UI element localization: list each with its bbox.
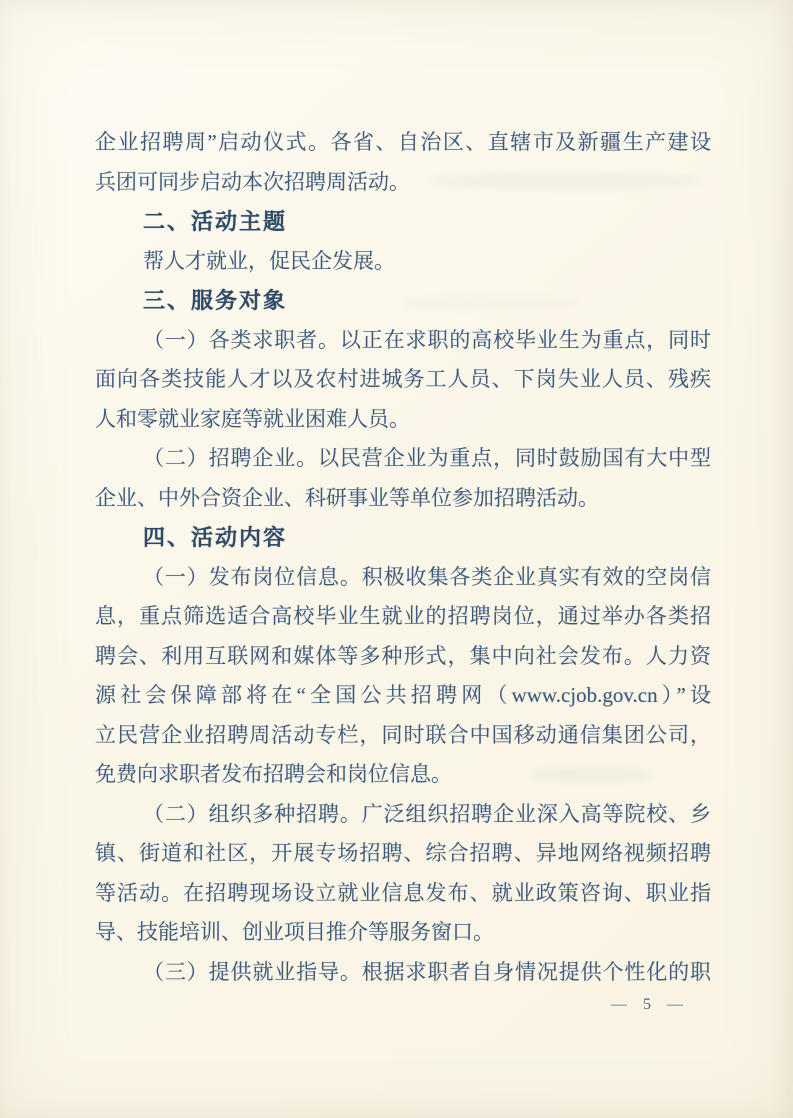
text-line: 企业招聘周”启动仪式。各省、自治区、直辖市及新疆生产建设 <box>95 123 711 163</box>
text-line: 息，重点筛选适合高校毕业生就业的招聘岗位，通过举办各类招 <box>95 597 711 637</box>
text-line: 等活动。在招聘现场设立就业信息发布、就业政策咨询、职业指 <box>95 874 711 914</box>
text-line: 帮人才就业，促民企发展。 <box>95 242 711 282</box>
heading-service-targets: 三、服务对象 <box>95 281 711 321</box>
document-page: 企业招聘周”启动仪式。各省、自治区、直辖市及新疆生产建设 兵团可同步启动本次招聘… <box>0 0 793 1118</box>
heading-activity-theme: 二、活动主题 <box>95 202 711 242</box>
text-line: 人和零就业家庭等就业困难人员。 <box>95 400 711 440</box>
text-line: （二）招聘企业。以民营企业为重点，同时鼓励国有大中型 <box>95 439 711 479</box>
text-line: 面向各类技能人才以及农村进城务工人员、下岗失业人员、残疾 <box>95 360 711 400</box>
text-line: 免费向求职者发布招聘会和岗位信息。 <box>95 755 711 795</box>
document-text-block: 企业招聘周”启动仪式。各省、自治区、直辖市及新疆生产建设 兵团可同步启动本次招聘… <box>95 123 711 992</box>
text-line: （二）组织多种招聘。广泛组织招聘企业深入高等院校、乡 <box>95 795 711 835</box>
text-line: 源社会保障部将在“全国公共招聘网（www.cjob.gov.cn）”设 <box>95 676 711 716</box>
text-line: 导、技能培训、创业项目推介等服务窗口。 <box>95 913 711 953</box>
text-line: （三）提供就业指导。根据求职者自身情况提供个性化的职 <box>95 953 711 993</box>
heading-activity-content: 四、活动内容 <box>95 518 711 558</box>
text-line: 镇、街道和社区，开展专场招聘、综合招聘、异地网络视频招聘 <box>95 834 711 874</box>
text-line: （一）发布岗位信息。积极收集各类企业真实有效的空岗信 <box>95 558 711 598</box>
text-line: （一）各类求职者。以正在求职的高校毕业生为重点，同时 <box>95 321 711 361</box>
page-number: — 5 — <box>600 996 700 1014</box>
text-line: 聘会、利用互联网和媒体等多种形式，集中向社会发布。人力资 <box>95 637 711 677</box>
text-line: 企业、中外合资企业、科研事业等单位参加招聘活动。 <box>95 479 711 519</box>
text-line: 兵团可同步启动本次招聘周活动。 <box>95 163 711 203</box>
text-line: 立民营企业招聘周活动专栏，同时联合中国移动通信集团公司， <box>95 716 711 756</box>
